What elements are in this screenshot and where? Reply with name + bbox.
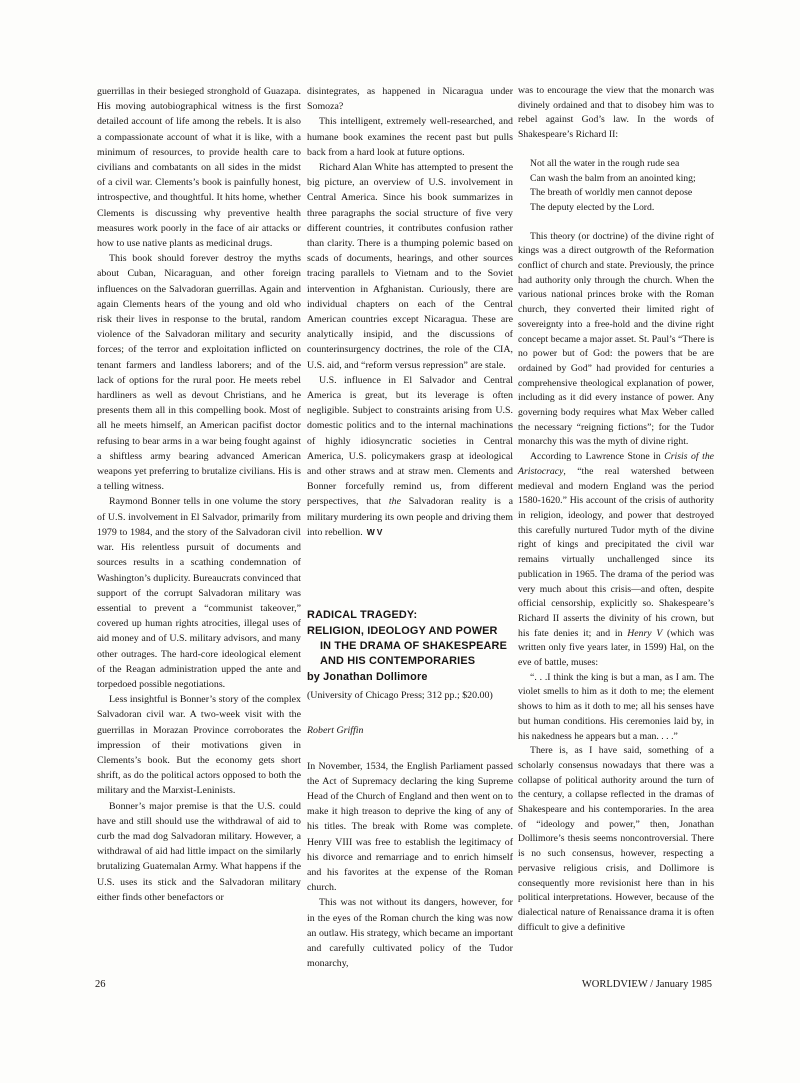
paragraph-with-italics: According to Lawrence Stone in Crisis of… (518, 450, 714, 671)
paragraph: Raymond Bonner tells in one volume the s… (97, 494, 301, 692)
paragraph: guerrillas in their besieged stronghold … (97, 84, 301, 251)
reviewer-name: Robert Griffin (307, 723, 513, 738)
paragraph: This intelligent, extremely well-researc… (307, 114, 513, 160)
paragraph: There is, as I have said, something of a… (518, 744, 714, 935)
paragraph: This book should forever destroy the myt… (97, 251, 301, 494)
text-column-1: guerrillas in their besieged stronghold … (97, 84, 301, 905)
paragraph: disintegrates, as happened in Nicaragua … (307, 84, 513, 114)
paragraph: Bonner’s major premise is that the U.S. … (97, 799, 301, 905)
paragraph: Less insightful is Bonner’s story of the… (97, 692, 301, 798)
review-title-line: IN THE DRAMA OF SHAKESPEARE (307, 639, 513, 654)
magazine-page: guerrillas in their besieged stronghold … (0, 0, 800, 1083)
journal-footer: WORLDVIEW / January 1985 (582, 979, 712, 990)
paragraph: In November, 1534, the English Parliamen… (307, 759, 513, 896)
publisher-info: (University of Chicago Press; 312 pp.; $… (307, 688, 513, 703)
text-column-3: was to encourage the view that the monar… (518, 84, 714, 935)
quotation-paragraph: “. . .I think the king is but a man, as … (518, 671, 714, 745)
page-number: 26 (95, 979, 106, 990)
italic-word: the (389, 496, 401, 507)
review-title-line: RELIGION, IDEOLOGY AND POWER (307, 624, 513, 639)
text-column-2: disintegrates, as happened in Nicaragua … (307, 84, 513, 971)
verse-quotation: Not all the water in the rough rude sea … (530, 157, 714, 216)
paragraph: was to encourage the view that the monar… (518, 84, 714, 143)
review-title-line: RADICAL TRAGEDY: (307, 608, 513, 623)
paragraph: This was not without its dangers, howeve… (307, 895, 513, 971)
review-heading-block: RADICAL TRAGEDY: RELIGION, IDEOLOGY AND … (307, 608, 513, 738)
article-end-mark: WV (363, 527, 385, 537)
verse-line: Not all the water in the rough rude sea (530, 157, 714, 172)
paragraph-text: According to Lawrence Stone in (530, 451, 664, 462)
review-title-line: AND HIS CONTEMPORARIES (307, 654, 513, 669)
verse-line: Can wash the balm from an anointed king; (530, 172, 714, 187)
play-title-italic: Henry V (627, 628, 662, 639)
verse-line: The deputy elected by the Lord. (530, 201, 714, 216)
paragraph-with-endmark: U.S. influence in El Salvador and Centra… (307, 373, 513, 540)
review-author-byline: by Jonathan Dollimore (307, 670, 513, 685)
paragraph-text: , “the real watershed between medieval a… (518, 466, 714, 639)
paragraph: Richard Alan White has attempted to pres… (307, 160, 513, 373)
paragraph: This theory (or doctrine) of the divine … (518, 230, 714, 451)
paragraph-text: U.S. influence in El Salvador and Centra… (307, 375, 513, 508)
verse-line: The breath of worldly men cannot depose (530, 186, 714, 201)
